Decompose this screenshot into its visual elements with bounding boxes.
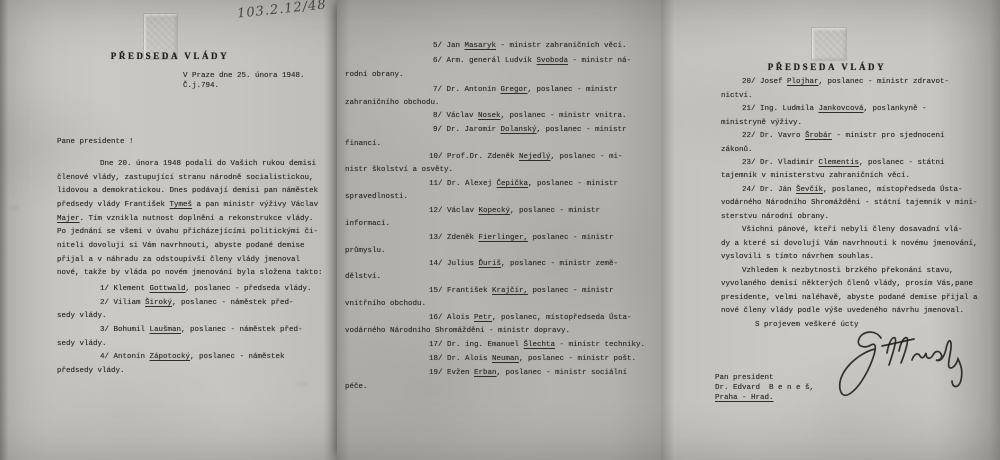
text-line: informací. bbox=[345, 220, 390, 229]
text-line: financí. bbox=[345, 140, 381, 149]
text-line: Po jednání se všemi v úvahu přicházející… bbox=[57, 228, 318, 237]
text-line: 7/ Dr. Antonín Gregor, poslanec - minist… bbox=[433, 86, 618, 95]
text-line: lidovou a demokratickou. Dnes podávají d… bbox=[57, 187, 318, 196]
text-line: 3/ Bohumil Laušman, poslanec - náměstek … bbox=[100, 326, 303, 335]
text-line: 11/ Dr. Alexej Čepička, poslanec - minis… bbox=[429, 180, 618, 189]
text-line: 6/ Arm. generál Ludvík Svoboda - ministr… bbox=[433, 57, 631, 66]
text-line: sterstvu národní obrany. bbox=[721, 213, 829, 222]
text-line: zákonů. bbox=[721, 146, 753, 155]
text-line: spravedlnosti. bbox=[345, 193, 408, 202]
text-line: péče. bbox=[345, 383, 368, 392]
text-line: Pane presidente ! bbox=[57, 138, 134, 147]
text-line: 20/ Josef Plojhar, poslanec - ministr zd… bbox=[742, 78, 949, 87]
text-line: 22/ Dr. Vavro Šrobár - ministr pro sjedn… bbox=[742, 132, 945, 141]
text-line: 24/ Dr. Ján Ševčík, poslanec, místopředs… bbox=[742, 186, 963, 195]
text-line: Majer. Tím vznikla nutnost doplnění a re… bbox=[57, 215, 314, 224]
text-line: 17/ Dr. ing. Emanuel Šlechta - ministr t… bbox=[429, 341, 645, 350]
text-line: 14/ Julius Ďuriš, poslanec - ministr zem… bbox=[429, 260, 618, 269]
text-line: presidente, velmi naléhavě, abyste podan… bbox=[721, 294, 978, 303]
text-line: členové vlády, zastupující stranu národn… bbox=[57, 174, 314, 183]
letterhead-predseda-vlady: PŘEDSEDA VLÁDY bbox=[727, 62, 927, 72]
text-line: předsedy vlády. bbox=[57, 367, 125, 376]
text-line: Pan president bbox=[715, 374, 774, 383]
handwritten-reference-number: 103.2.12/48 bbox=[236, 0, 327, 22]
text-line: 1/ Klement Gottwald, poslanec - předseda… bbox=[100, 285, 312, 294]
text-line: 19/ Evžen Erban, poslanec - ministr soci… bbox=[429, 369, 627, 378]
embossed-state-seal bbox=[811, 27, 847, 61]
text-line: 13/ Zdeněk Fierlinger, poslanec - minist… bbox=[429, 234, 614, 243]
text-line: předsedy vlády František Tymeš a pan min… bbox=[57, 201, 318, 210]
text-line: 16/ Alois Petr, poslanec, místopředseda … bbox=[429, 314, 632, 323]
text-line: nové členy vlády podle výše uvedeného ná… bbox=[721, 307, 964, 316]
text-line: 10/ Prof.Dr. Zdeněk Nejedlý, poslanec - … bbox=[429, 153, 623, 162]
text-line: tajemník v ministerstvu zahraničních věc… bbox=[721, 172, 910, 181]
text-line: niteli dovoluji si Vám navrhnouti, abyst… bbox=[57, 242, 305, 251]
text-line: Dne 20. února 1948 podali do Vašich ruko… bbox=[100, 160, 316, 169]
text-line: Vzhledem k nezbytnosti brzkého překonání… bbox=[742, 267, 954, 276]
gottwald-signature bbox=[835, 326, 970, 416]
letter-page-2: 5/ Jan Masaryk - ministr zahraničních vě… bbox=[337, 0, 661, 460]
text-line: nictví. bbox=[721, 92, 753, 101]
text-line: 5/ Jan Masaryk - ministr zahraničních vě… bbox=[433, 42, 627, 51]
text-line: vyslovili s tímto návrhem souhlas. bbox=[721, 253, 874, 262]
text-line: 8/ Václav Nosek, poslanec - ministr vnit… bbox=[433, 112, 627, 121]
text-line: dělství. bbox=[345, 273, 381, 282]
text-line: zahraničního obchodu. bbox=[345, 99, 440, 108]
text-line: 12/ Václav Kopecký, poslanec - ministr bbox=[429, 207, 600, 216]
text-line: 15/ František Krajčír, poslanec - minist… bbox=[429, 287, 614, 296]
text-line: průmyslu. bbox=[345, 247, 386, 256]
text-line: vodárného Národního Shromáždění - minist… bbox=[345, 327, 570, 336]
text-line: vnitřního obchodu. bbox=[345, 300, 426, 309]
scanned-letter: PŘEDSEDA VLÁDY 103.2.12/48 V Praze dne 2… bbox=[0, 0, 1000, 460]
text-line: Č.j.794. bbox=[183, 82, 219, 91]
letterhead-predseda-vlady: PŘEDSEDA VLÁDY bbox=[70, 51, 270, 61]
text-line: přijal a v náhradu za odstoupivší členy … bbox=[57, 256, 300, 265]
text-line: dy a které si dovoluji Vám navrhnouti k … bbox=[721, 240, 978, 249]
text-line: rodní obrany. bbox=[345, 71, 404, 80]
text-line: Praha - Hrad. bbox=[715, 394, 774, 403]
text-line: vodárného Národního Shromáždění - státní… bbox=[721, 199, 978, 208]
text-line: 21/ Ing. Ludmila Jankovcová, poslankyně … bbox=[742, 105, 927, 114]
letter-page-1: PŘEDSEDA VLÁDY 103.2.12/48 V Praze dne 2… bbox=[0, 0, 337, 460]
paper-smudge bbox=[295, 382, 309, 386]
text-line: nové, takže by vláda po novém jmenování … bbox=[57, 269, 323, 278]
text-line: Dr. Edvard B e n e š, bbox=[715, 384, 814, 393]
text-line: 18/ Dr. Alois Neuman, poslanec - ministr… bbox=[429, 355, 636, 364]
text-line: 9/ Dr. Jaromír Dolanský, poslanec - mini… bbox=[433, 126, 627, 135]
text-line: sedy vlády. bbox=[57, 312, 107, 321]
text-line: 23/ Dr. Vladimír Clementis, poslanec - s… bbox=[742, 159, 945, 168]
text-line: 4/ Antonín Zápotocký, poslanec - náměste… bbox=[100, 353, 285, 362]
text-line: nistr školství a osvěty. bbox=[345, 166, 453, 175]
paper-smudge bbox=[10, 205, 19, 211]
text-line: Všichni pánové, kteří nebyli členy dosav… bbox=[742, 226, 963, 235]
letter-page-3: PŘEDSEDA VLÁDY 20/ Josef Plojhar, poslan… bbox=[661, 0, 1000, 460]
text-line: V Praze dne 25. února 1948. bbox=[183, 72, 305, 81]
text-line: 2/ Viliam Široký, poslanec - náměstek př… bbox=[100, 299, 294, 308]
text-line: ministryně výživy. bbox=[721, 119, 802, 128]
text-line: sedy vlády. bbox=[57, 340, 107, 349]
text-line: vyvolaného demisí některých členů vlády,… bbox=[721, 280, 973, 289]
